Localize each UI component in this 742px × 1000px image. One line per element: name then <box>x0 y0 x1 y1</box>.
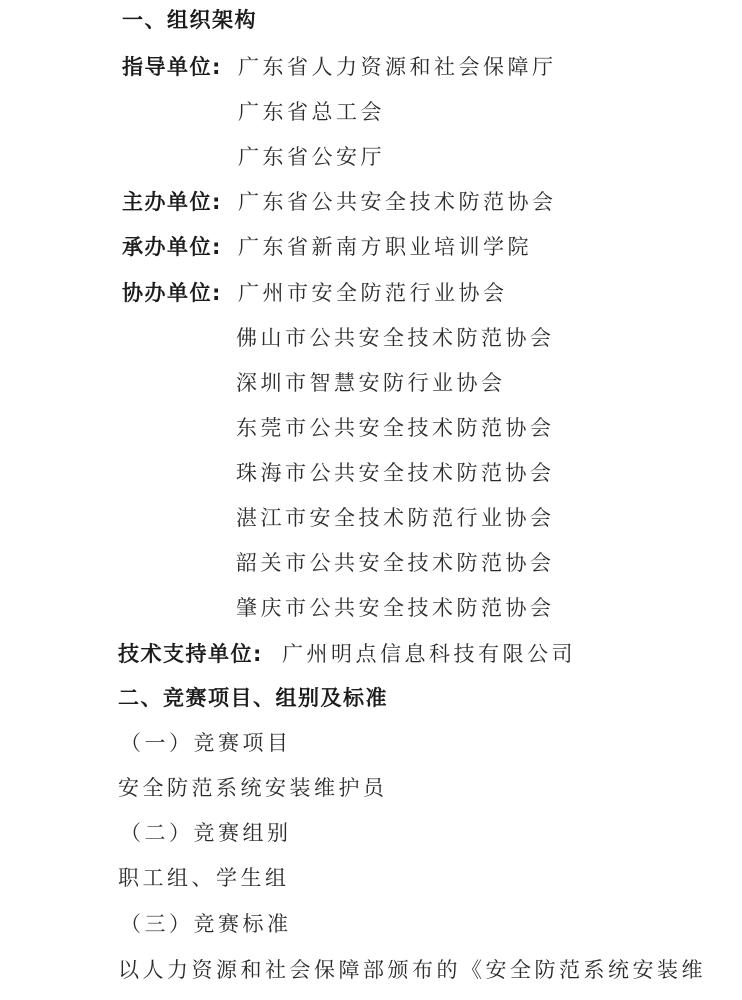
co-organizer: 韶关市公共安全技术防范协会 <box>236 549 555 577</box>
subsection-heading: （一）竞赛项目 <box>120 729 292 757</box>
guiding-unit: 广东省公安厅 <box>238 143 385 171</box>
guiding-unit: 广东省总工会 <box>238 98 385 126</box>
subsection-heading: （三）竞赛标准 <box>120 910 292 938</box>
tech-support-unit: 广州明点信息科技有限公司 <box>282 640 576 668</box>
host-unit-label: 主办单位: <box>122 188 222 216</box>
co-organizer: 深圳市智慧安防行业协会 <box>236 369 506 397</box>
organizer-unit-label: 承办单位: <box>122 233 222 261</box>
subsection-heading: （二）竞赛组别 <box>120 819 292 847</box>
co-organizer: 佛山市公共安全技术防范协会 <box>236 324 555 352</box>
host-unit: 广东省公共安全技术防范协会 <box>238 188 557 216</box>
co-organizer: 珠海市公共安全技术防范协会 <box>236 459 555 487</box>
co-organizers-label: 协办单位: <box>122 279 222 307</box>
guiding-units-label: 指导单位: <box>122 53 222 81</box>
co-organizer: 广州市安全防范行业协会 <box>238 279 508 307</box>
section-heading: 一、组织架构 <box>122 6 257 34</box>
guiding-unit: 广东省人力资源和社会保障厅 <box>238 53 557 81</box>
subsection-content: 安全防范系统安装维护员 <box>118 774 388 802</box>
tech-support-label: 技术支持单位: <box>118 640 263 668</box>
organizer-unit: 广东省新南方职业培训学院 <box>238 233 532 261</box>
co-organizer: 肇庆市公共安全技术防范协会 <box>236 594 555 622</box>
subsection-content: 以人力资源和社会保障部颁布的《安全防范系统安装维 <box>118 956 706 984</box>
section-heading: 二、竞赛项目、组别及标准 <box>118 684 388 712</box>
subsection-content: 职工组、学生组 <box>118 864 290 892</box>
co-organizer: 东莞市公共安全技术防范协会 <box>236 414 555 442</box>
co-organizer: 湛江市安全技术防范行业协会 <box>236 504 555 532</box>
